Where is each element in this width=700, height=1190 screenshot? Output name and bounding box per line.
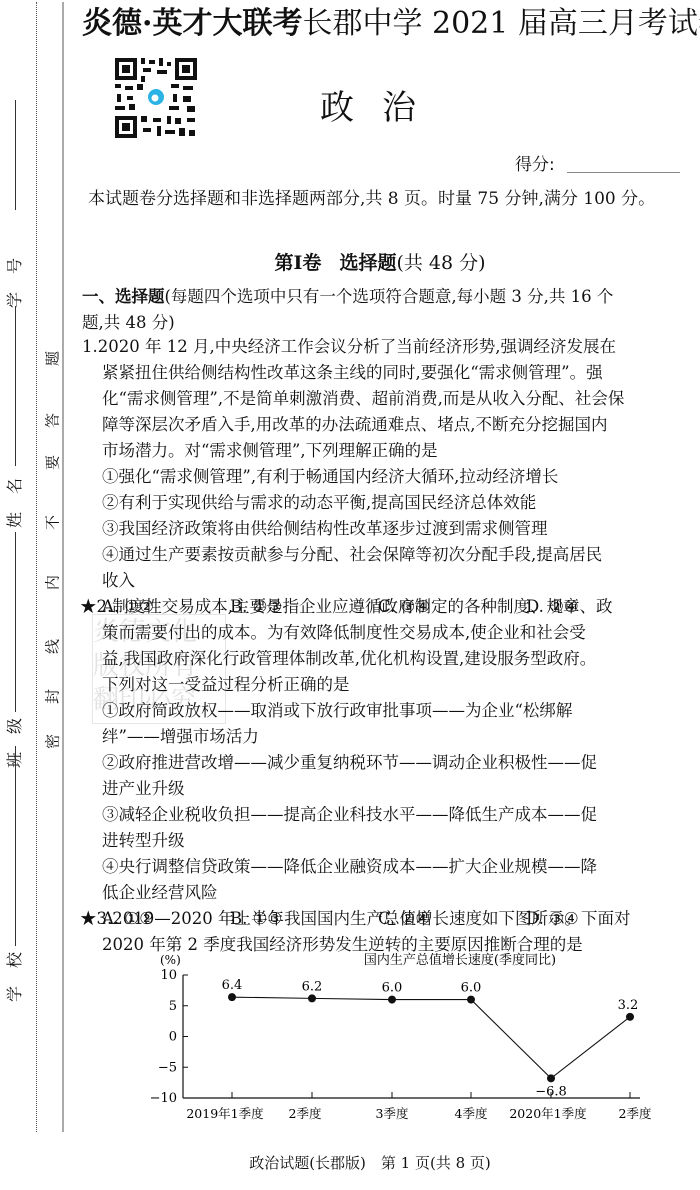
score-label: 得分: [515, 150, 555, 175]
question-number: 3. [97, 909, 113, 928]
class-blank[interactable] [15, 532, 16, 712]
seal-char: 答 [42, 413, 63, 429]
binding-line [62, 2, 64, 1132]
y-tick-label: 10 [160, 968, 177, 983]
gdp-growth-chart: (%) 国内生产总值增长速度(季度同比) 1050−5−102019年1季度2季… [150, 950, 690, 1135]
exam-title-brand: 炎德·英才大联考 [82, 6, 302, 41]
question-stem: 市场潜力。对“需求侧管理”,下列理解正确的是 [82, 438, 686, 464]
statement-2: ②有利于实现供给与需求的动态平衡,提高国民经济总体效能 [82, 490, 686, 516]
star-icon: ★ [80, 597, 97, 616]
student-id-blank[interactable] [15, 100, 16, 210]
x-tick-label: 2季度 [289, 1106, 322, 1121]
part-1-title: 第Ⅰ卷 选择题(共 48 分) [0, 248, 700, 275]
data-point [547, 1074, 555, 1082]
star-icon: ★ [80, 909, 97, 928]
statement-1-cont: 绊”——增强市场活力 [82, 724, 686, 750]
y-axis-unit: (%) [160, 953, 181, 967]
subject-title: 政治 [320, 80, 444, 129]
x-tick-label: 2季度 [619, 1106, 652, 1121]
section-1-title: 一、选择题 [82, 287, 165, 306]
school-blank[interactable] [15, 746, 16, 946]
school-label-char2: 学 [7, 985, 23, 1003]
name-label-char1: 名 [7, 477, 23, 495]
data-label: 6.2 [302, 979, 323, 994]
cut-line-dotted [36, 2, 37, 1132]
seal-char: 题 [42, 351, 63, 367]
statement-2-cont: 进产业升级 [82, 776, 686, 802]
name-label-char2: 姓 [7, 511, 23, 529]
question-stem: 2020 年 12 月,中央经济工作会议分析了当前经济形势,强调经济发展在 [98, 337, 616, 356]
y-tick-label: 0 [169, 1030, 177, 1045]
data-point [308, 994, 316, 1002]
question-stem: 紧紧扭住供给侧结构性改革这条主线的同时,要强化“需求侧管理”。强 [82, 360, 686, 386]
statement-4-cont: 低企业经营风险 [82, 880, 686, 906]
seal-char: 要 [42, 455, 63, 471]
y-tick-label: −10 [150, 1091, 177, 1106]
part-1-number: 第Ⅰ卷 [274, 252, 321, 274]
question-1: 1.2020 年 12 月,中央经济工作会议分析了当前经济形势,强调经济发展在 … [82, 334, 686, 620]
part-1-score: (共 48 分) [396, 252, 485, 274]
exam-title-main: 长郡中学 2021 届高三月考试卷(六) [302, 6, 700, 41]
data-label: 6.0 [461, 981, 482, 996]
question-stem: 制度性交易成本,主要是指企业应遵循政府制定的各种制度、规章、政 [112, 597, 612, 616]
section-1-note-cont: 题,共 48 分) [82, 310, 686, 336]
seal-char: 不 [42, 515, 63, 531]
statement-1: ①强化“需求侧管理”,有利于畅通国内经济大循环,拉动经济增长 [82, 464, 686, 490]
school-label-char1: 校 [7, 951, 23, 969]
data-label: 6.0 [382, 981, 403, 996]
seal-char: 线 [42, 639, 63, 655]
section-1-note: (每题四个选项中只有一个选项符合题意,每小题 3 分,共 16 个 [165, 287, 614, 306]
name-blank[interactable] [15, 306, 16, 466]
x-tick-label: 3季度 [376, 1106, 409, 1121]
data-label: 6.4 [222, 978, 243, 993]
x-tick-label: 4季度 [455, 1106, 488, 1121]
section-1-heading: 一、选择题(每题四个选项中只有一个选项符合题意,每小题 3 分,共 16 个 题… [82, 284, 686, 336]
data-label: 3.2 [618, 998, 639, 1013]
chart-title: 国内生产总值增长速度(季度同比) [364, 952, 556, 968]
class-label-char1: 级 [7, 717, 23, 735]
statement-2: ②政府推进营改增——减少重复纳税环节——调动企业积极性——促 [82, 750, 686, 776]
chart-series: 6.46.26.06.0−6.83.2 [222, 978, 639, 1099]
statement-4: ④通过生产要素按贡献参与分配、社会保障等初次分配手段,提高居民 [82, 542, 686, 568]
statement-1: ①政府简政放权——取消或下放行政审批事项——为企业“松绑解 [82, 698, 686, 724]
data-point [467, 996, 475, 1004]
question-stem: 益,我国政府深化行政管理体制改革,优化机构设置,建设服务型政府。 [82, 646, 686, 672]
question-stem: 策而需要付出的成本。为有效降低制度性交易成本,使企业和社会受 [82, 620, 686, 646]
seal-char: 内 [42, 575, 63, 591]
qr-code-icon[interactable] [113, 56, 199, 140]
part-1-type: 选择题 [339, 252, 396, 274]
question-stem: 化“需求侧管理”,不是简单刺激消费、超前消费,而是从收入分配、社会保 [82, 386, 686, 412]
exam-instructions: 本试题卷分选择题和非选择题两部分,共 8 页。时量 75 分钟,满分 100 分… [88, 186, 655, 212]
score-input-line[interactable] [567, 172, 680, 173]
data-point [228, 993, 236, 1001]
statement-4-cont: 收入 [82, 568, 686, 594]
question-number: 2. [97, 597, 113, 616]
question-number: 1. [82, 337, 98, 356]
data-point [388, 996, 396, 1004]
seal-char: 封 [42, 689, 63, 705]
page-footer: 政治试题(长郡版) 第 1 页(共 8 页) [0, 1152, 700, 1173]
data-point [626, 1013, 634, 1021]
question-2: ★2.制度性交易成本,主要是指企业应遵循政府制定的各种制度、规章、政 策而需要付… [82, 594, 686, 932]
y-tick-label: −5 [158, 1060, 177, 1075]
x-tick-label: 2019年1季度 [186, 1106, 264, 1121]
y-tick-label: 5 [169, 999, 177, 1014]
x-tick-label: 2020年1季度 [509, 1106, 587, 1121]
exam-title: 炎德·英才大联考长郡中学 2021 届高三月考试卷(六) [82, 4, 692, 44]
data-label: −6.8 [535, 1084, 567, 1099]
statement-3-cont: 进转型升级 [82, 828, 686, 854]
question-stem: 2019—2020 年上半年我国国内生产总值增长速度如下图所示。下面对 [112, 909, 630, 928]
statement-3: ③我国经济政策将由供给侧结构性改革逐步过渡到需求侧管理 [82, 516, 686, 542]
question-stem: 下列对这一受益过程分析正确的是 [82, 672, 686, 698]
statement-4: ④央行调整信贷政策——降低企业融资成本——扩大企业规模——降 [82, 854, 686, 880]
statement-3: ③减轻企业税收负担——提高企业科技水平——降低生产成本——促 [82, 802, 686, 828]
question-stem: 障等深层次矛盾入手,用改革的办法疏通难点、堵点,不断充分挖掘国内 [82, 412, 686, 438]
seal-char: 密 [42, 734, 63, 750]
